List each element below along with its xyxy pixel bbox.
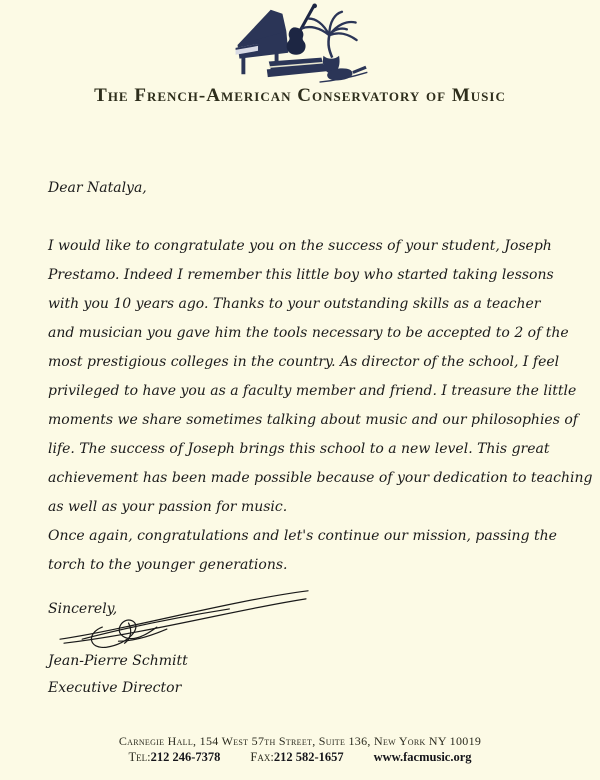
tel-number: 212 246-7378	[151, 750, 221, 764]
letter-line: as well as your passion for music.	[48, 493, 574, 522]
conservatory-logo	[0, 2, 600, 84]
letter-line: most prestigious colleges in the country…	[48, 348, 574, 377]
handwritten-signature-icon	[58, 586, 310, 648]
telephone: Tel:212 246-7378	[128, 750, 220, 765]
signer-name: Jean-Pierre Schmitt	[48, 648, 574, 675]
letter-line: torch to the younger generations.	[48, 551, 574, 580]
footer-address: Carnegie Hall, 154 West 57th Street, Sui…	[0, 734, 600, 749]
website-url: www.facmusic.org	[374, 750, 472, 765]
letter-line: and musician you gave him the tools nece…	[48, 319, 574, 348]
letter-line: moments we share sometimes talking about…	[48, 406, 574, 435]
fax-number: 212 582-1657	[274, 750, 344, 764]
letter-line: privileged to have you as a faculty memb…	[48, 377, 574, 406]
piano-cello-palm-icon	[230, 2, 370, 84]
signer-title: Executive Director	[48, 675, 574, 702]
footer-contacts: Tel:212 246-7378 Fax:212 582-1657 www.fa…	[0, 750, 600, 765]
letter-line: Prestamo. Indeed I remember this little …	[48, 261, 574, 290]
fax-label: Fax:	[250, 750, 273, 764]
tel-label: Tel:	[128, 750, 150, 764]
salutation: Dear Natalya,	[48, 174, 574, 203]
letterhead-header: The French-American Conservatory of Musi…	[0, 2, 600, 107]
fax: Fax:212 582-1657	[250, 750, 343, 765]
paragraph-1: I would like to congratulate you on the …	[48, 232, 574, 522]
letter-line: achievement has been made possible becau…	[48, 464, 574, 493]
letter-line: Once again, congratulations and let's co…	[48, 522, 574, 551]
letter-line: life. The success of Joseph brings this …	[48, 435, 574, 464]
paragraph-2: Once again, congratulations and let's co…	[48, 522, 574, 580]
signature-flourish	[58, 586, 310, 648]
page-title: The French-American Conservatory of Musi…	[0, 85, 600, 107]
letter-line: I would like to congratulate you on the …	[48, 232, 574, 261]
letterhead-footer: Carnegie Hall, 154 West 57th Street, Sui…	[0, 734, 600, 765]
letter-line: with you 10 years ago. Thanks to your ou…	[48, 290, 574, 319]
